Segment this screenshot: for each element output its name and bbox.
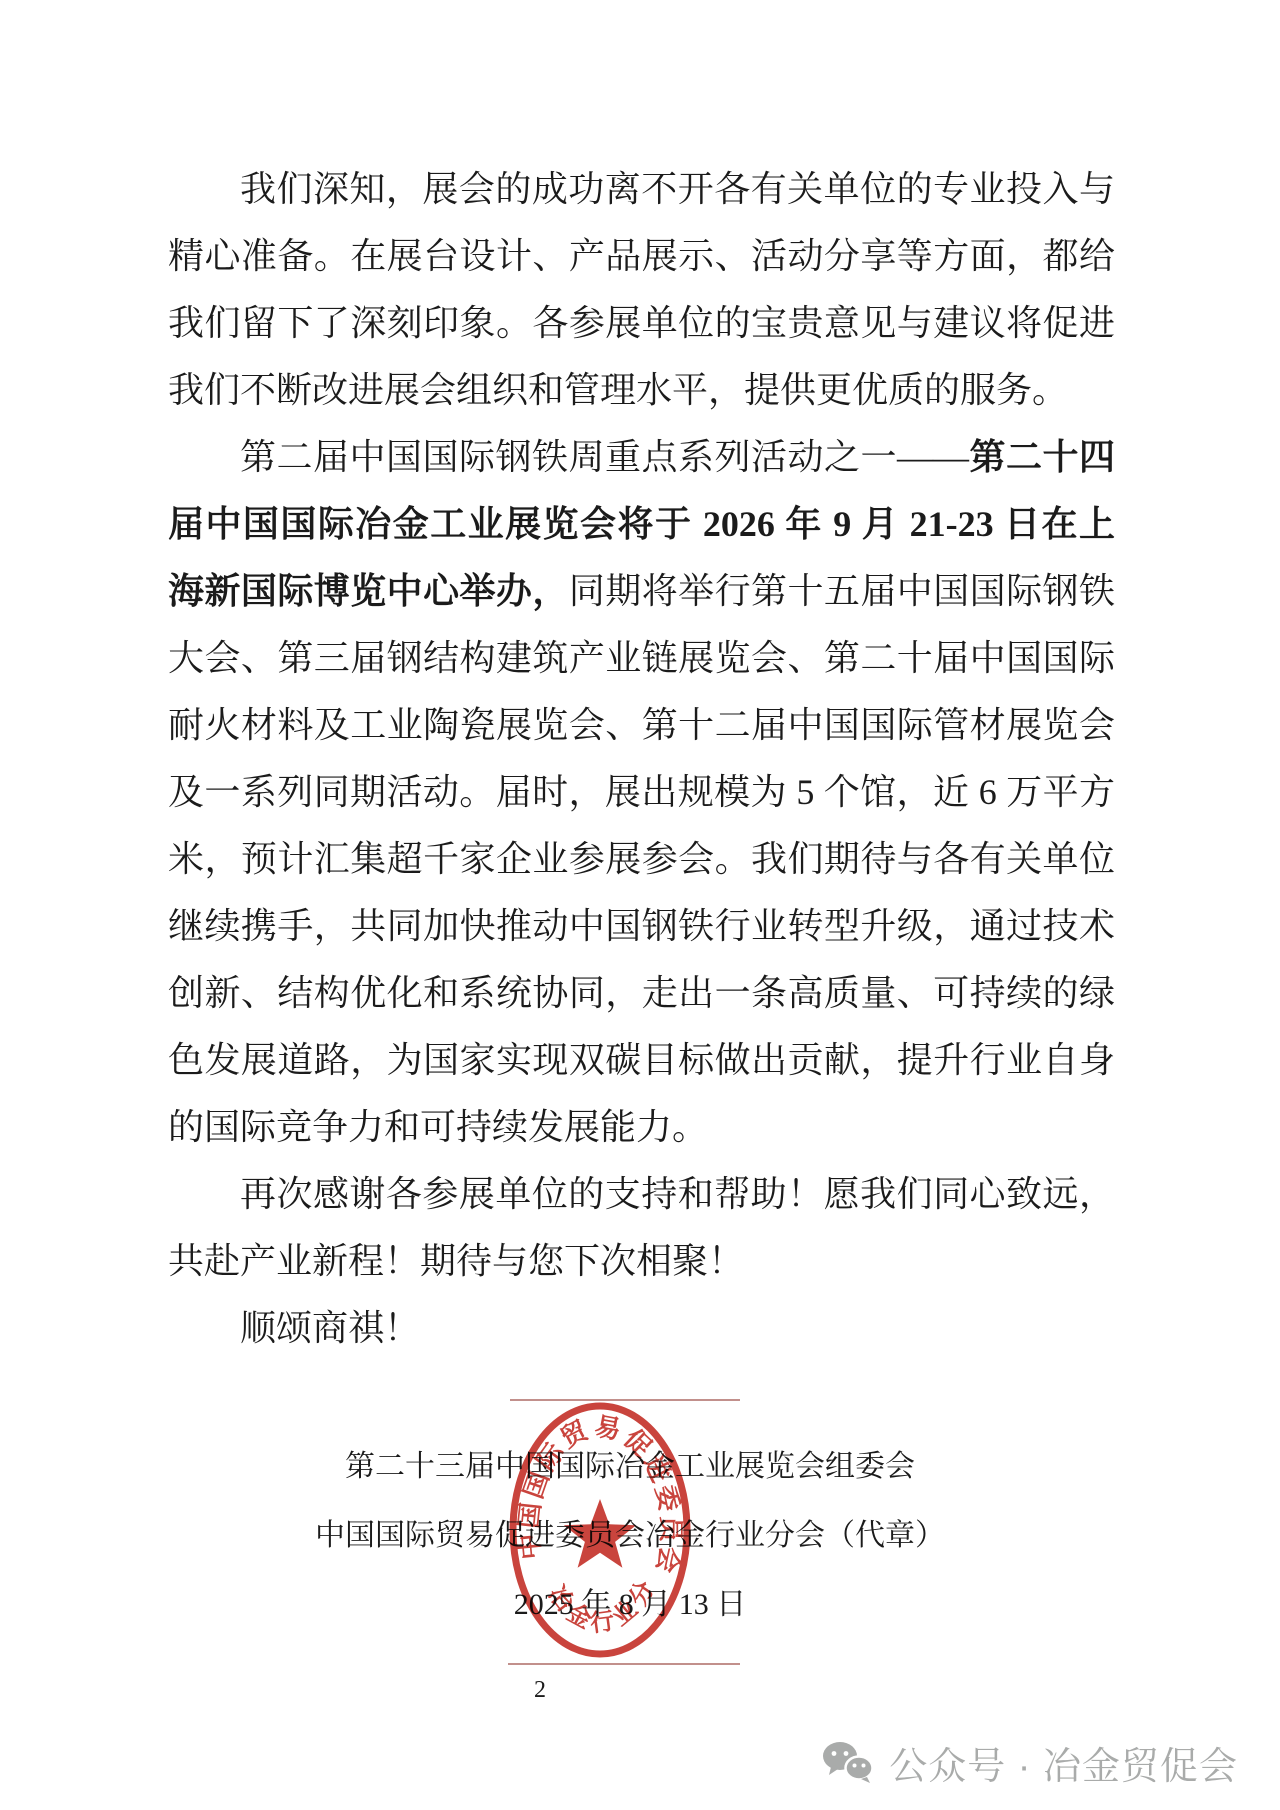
paragraph: 第二届中国国际钢铁周重点系列活动之一——第二十四届中国国际冶金工业展览会将于 2… — [168, 424, 1115, 1161]
footer-label: 公众号 · 冶金贸促会 — [889, 1735, 1238, 1790]
text-run: 顺颂商祺！ — [240, 1308, 420, 1348]
signature-line-committee: 第二十三届中国国际冶金工业展览会组委会 — [170, 1432, 1090, 1501]
wechat-icon — [821, 1741, 875, 1783]
paragraph: 顺颂商祺！ — [168, 1295, 1115, 1362]
signature-line-council: 中国国际贸易促进委员会冶金行业分会（代章） — [170, 1501, 1090, 1570]
text-run: 同期将举行第十五届中国国际钢铁大会、第三届钢结构建筑产业链展览会、第二十届中国国… — [168, 571, 1115, 1147]
footer-watermark: 公众号 · 冶金贸促会 — [821, 1734, 1238, 1790]
text-run: 我们深知，展会的成功离不开各有关单位的专业投入与精心准备。在展台设计、产品展示、… — [168, 169, 1115, 410]
paragraph: 再次感谢各参展单位的支持和帮助！愿我们同心致远，共赴产业新程！期待与您下次相聚！ — [168, 1161, 1115, 1295]
paragraph: 我们深知，展会的成功离不开各有关单位的专业投入与精心准备。在展台设计、产品展示、… — [168, 156, 1115, 424]
text-run: 再次感谢各参展单位的支持和帮助！愿我们同心致远，共赴产业新程！期待与您下次相聚！ — [168, 1174, 1115, 1281]
signature-date: 2025 年 8 月 13 日 — [170, 1570, 1090, 1639]
text-run: 第二届中国国际钢铁周重点系列活动之一—— — [240, 437, 969, 477]
scanned-letter-page: 我们深知，展会的成功离不开各有关单位的专业投入与精心准备。在展台设计、产品展示、… — [0, 0, 1280, 1810]
separator-line-bottom — [508, 1663, 740, 1665]
document-body: 我们深知，展会的成功离不开各有关单位的专业投入与精心准备。在展台设计、产品展示、… — [168, 156, 1115, 1362]
signature-block: 第二十三届中国国际冶金工业展览会组委会 中国国际贸易促进委员会冶金行业分会（代章… — [170, 1432, 1090, 1639]
page-number: 2 — [534, 1676, 546, 1704]
separator-line-top — [510, 1399, 740, 1401]
